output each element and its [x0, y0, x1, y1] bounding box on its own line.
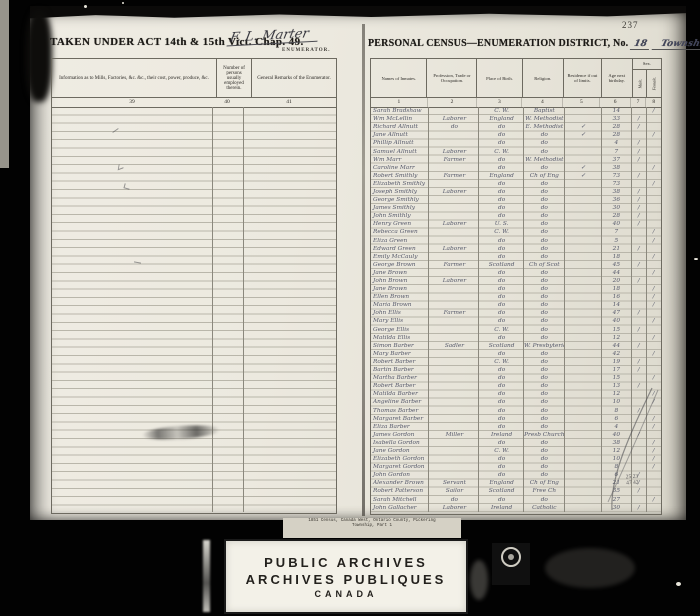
cell-age: 73: [601, 181, 631, 187]
cell-age: 14: [601, 302, 631, 308]
cell-rel: Catholic: [524, 505, 565, 511]
cell-rel: Ch of Scot: [524, 262, 565, 268]
cell-name: Wm Marr: [371, 157, 430, 163]
cell-rel: do: [524, 221, 565, 227]
col-number-8: 8: [646, 98, 661, 107]
cell-m: /: [631, 140, 646, 146]
cell-birth: do: [479, 165, 524, 171]
cell-rel: do: [524, 213, 565, 219]
cell-m: /: [631, 310, 646, 316]
pencil-total-line: 47 42: [626, 480, 639, 487]
census-row: Jane Browndodo44/: [371, 269, 661, 277]
cell-rel: do: [524, 367, 565, 373]
cell-name: Alexander Brown: [371, 480, 430, 486]
cell-m: /: [631, 278, 646, 284]
cell-age: 18: [601, 254, 631, 260]
ruled-lines: [52, 107, 336, 512]
census-row: Edward GreenLaborerdodo21/: [371, 245, 661, 253]
census-row: Simon BarberSadlerScotlandW. Presbyteria…: [371, 342, 661, 350]
col-number-2: 2: [428, 98, 478, 107]
census-row: Richard AllnuttdodoE. Methodist✓28/: [371, 123, 661, 131]
cell-rel: do: [524, 181, 565, 187]
cell-rel: do: [524, 383, 565, 389]
col-sex-header: Sex. Male. Female.: [633, 59, 661, 97]
cell-birth: C. W.: [479, 149, 524, 155]
census-row: Elizabeth Smithlydodo73/: [371, 180, 661, 188]
page-number-stamp: 237: [622, 20, 639, 30]
left-table-header: Information as to Mills, Factories, &c. …: [52, 59, 336, 98]
census-row: Jane Browndodo18/: [371, 285, 661, 293]
cell-name: Joseph Smithly: [371, 189, 430, 195]
township-handwritten: Township: [651, 39, 700, 50]
cell-age: 47: [601, 310, 631, 316]
cell-rel: do: [524, 448, 565, 454]
cell-age: 38: [601, 189, 631, 195]
cell-occ: Miller: [430, 432, 480, 438]
cell-age: 14: [601, 108, 631, 114]
cell-name: Rebecca Green: [371, 229, 430, 235]
cell-rel: do: [524, 286, 565, 292]
pencil-totals: 25 23 47 42: [626, 474, 639, 487]
census-row: Mary Ellisdodo40/: [371, 317, 661, 325]
census-row: Jane Allnuttdodo✓28/: [371, 131, 661, 139]
cell-birth: do: [479, 497, 524, 503]
enumerator-signature: F. L. Marter: [226, 26, 320, 47]
cell-birth: do: [479, 132, 524, 138]
cell-f: /: [646, 238, 661, 244]
cell-name: Robert Patterson: [371, 488, 430, 494]
census-row: George BrownFarmerScotlandCh of Scot45/: [371, 261, 661, 269]
cell-f: /: [646, 318, 661, 324]
cell-rel: W. Methodist: [524, 116, 565, 122]
cell-birth: do: [479, 246, 524, 252]
cell-occ: Laborer: [430, 246, 480, 252]
cell-rel: do: [524, 416, 565, 422]
cell-birth: do: [479, 310, 524, 316]
cell-occ: do: [430, 124, 480, 130]
film-speck: [122, 2, 124, 4]
cell-age: 40: [601, 318, 631, 324]
cell-f: /: [646, 229, 661, 235]
cell-name: Sarah Bradshaw: [371, 108, 430, 114]
cell-birth: England: [479, 116, 524, 122]
cell-age: 7: [601, 229, 631, 235]
cell-age: 18: [601, 286, 631, 292]
census-sheet: TAKEN UNDER ACT 14th & 15th Vict. Chap. …: [30, 6, 686, 520]
cell-m: /: [631, 197, 646, 203]
cell-res: ✓: [565, 173, 602, 179]
cell-occ: Farmer: [430, 262, 480, 268]
cell-rel: Presb Church: [524, 432, 565, 438]
cell-birth: do: [479, 456, 524, 462]
male-label: Male.: [637, 79, 642, 89]
seal-ring-icon: [501, 547, 521, 567]
cell-m: /: [631, 189, 646, 195]
census-row: George EllisC. W.do15/: [371, 326, 661, 334]
film-speck: [694, 258, 698, 260]
cell-birth: do: [479, 351, 524, 357]
cell-birth: C. W.: [479, 229, 524, 235]
cell-birth: do: [479, 270, 524, 276]
cell-name: Maria Brown: [371, 302, 430, 308]
cell-rel: do: [524, 335, 565, 341]
cell-age: 4: [601, 140, 631, 146]
cell-rel: Ch of Eng: [524, 480, 565, 486]
cell-birth: do: [479, 286, 524, 292]
cell-occ: Laborer: [430, 505, 480, 511]
microfilm-caption: 1851 Census, Canada West, Ontario County…: [283, 518, 461, 538]
table-divider: [564, 107, 565, 512]
cell-age: 21: [601, 246, 631, 252]
cell-rel: do: [524, 270, 565, 276]
col-number-6: 6: [600, 98, 630, 107]
cell-rel: do: [524, 246, 565, 252]
cell-name: John Gallacher: [371, 505, 430, 511]
cell-name: Ellen Brown: [371, 294, 430, 300]
cell-birth: do: [479, 464, 524, 470]
cell-age: 17: [601, 367, 631, 373]
cell-name: Bartin Barber: [371, 367, 430, 373]
cell-age: 73: [601, 173, 631, 179]
cell-f: /: [646, 254, 661, 260]
cell-rel: do: [524, 189, 565, 195]
cell-name: Matilda Ellis: [371, 335, 430, 341]
cell-f: /: [646, 375, 661, 381]
cell-name: Edward Green: [371, 246, 430, 252]
cell-birth: do: [479, 399, 524, 405]
census-row: John Smithlydodo28/: [371, 212, 661, 220]
cell-m: /: [631, 343, 646, 349]
cell-occ: Servant: [430, 480, 480, 486]
cell-name: Phillip Allnutt: [371, 140, 430, 146]
cell-name: John Gordon: [371, 472, 430, 478]
cell-birth: do: [479, 181, 524, 187]
archives-line-fr: ARCHIVES PUBLIQUES: [246, 572, 447, 587]
cell-birth: do: [479, 440, 524, 446]
cell-birth: Ireland: [479, 505, 524, 511]
cell-birth: do: [479, 124, 524, 130]
film-noise: [545, 548, 635, 588]
cell-name: Isabella Gordon: [371, 440, 430, 446]
cell-rel: do: [524, 254, 565, 260]
cell-age: 44: [601, 270, 631, 276]
cell-age: 44: [601, 343, 631, 349]
cell-occ: Farmer: [430, 157, 480, 163]
film-top-tear: [30, 6, 686, 19]
cell-birth: do: [479, 318, 524, 324]
col-remarks-header: General Remarks of the Enumerator.: [252, 59, 336, 97]
col-number-41: 41: [242, 98, 336, 107]
cell-rel: E. Methodist: [524, 124, 565, 130]
cell-birth: do: [479, 375, 524, 381]
cell-birth: C. W.: [479, 108, 524, 114]
census-row: John EllisFarmerdodo47/: [371, 309, 661, 317]
enumerator-label: ENUMERATOR.: [282, 48, 330, 53]
cell-age: 45: [601, 262, 631, 268]
cell-rel: do: [524, 294, 565, 300]
census-row: George Smithlydodo36/: [371, 196, 661, 204]
table-divider: [243, 107, 244, 512]
cell-birth: C. W.: [479, 448, 524, 454]
cell-rel: do: [524, 197, 565, 203]
col-names-header: Names of Inmates.: [371, 59, 427, 97]
cell-occ: Sailor: [430, 488, 480, 494]
pencil-curve: [602, 384, 664, 516]
cell-birth: do: [479, 238, 524, 244]
cell-name: Robert Barber: [371, 359, 430, 365]
cell-m: /: [631, 116, 646, 122]
cell-name: Angeline Barber: [371, 399, 430, 405]
col-profession-header: Profession, Trade or Occupation.: [427, 59, 477, 97]
census-row: Mary Barberdodo42/: [371, 350, 661, 358]
cell-rel: Ch of Eng: [524, 173, 565, 179]
cell-birth: do: [479, 278, 524, 284]
cell-m: /: [631, 221, 646, 227]
cell-name: Thomas Barber: [371, 408, 430, 414]
cell-age: 42: [601, 351, 631, 357]
census-row: Emily McCaulydodo18/: [371, 253, 661, 261]
cell-rel: do: [524, 140, 565, 146]
cell-birth: England: [479, 173, 524, 179]
cell-name: Richard Allnutt: [371, 124, 430, 130]
cell-age: 28: [601, 124, 631, 130]
cell-m: /: [631, 367, 646, 373]
cell-rel: W. Presbyterian: [524, 343, 565, 349]
cell-name: Martha Barber: [371, 375, 430, 381]
cell-occ: Laborer: [430, 278, 480, 284]
caption-line-2: Township, Part 1: [284, 523, 461, 528]
cell-f: /: [646, 302, 661, 308]
cell-rel: do: [524, 278, 565, 284]
mills-remarks-table: Information as to Mills, Factories, &c. …: [51, 58, 337, 514]
cell-rel: do: [524, 456, 565, 462]
cell-rel: do: [524, 472, 565, 478]
census-row: Phillip Allnuttdodo4/: [371, 139, 661, 147]
cell-rel: do: [524, 238, 565, 244]
cell-name: Emily McCauly: [371, 254, 430, 260]
census-row: Matilda Ellisdodo12/: [371, 334, 661, 342]
cell-f: /: [646, 335, 661, 341]
right-table-header: Names of Inmates. Profession, Trade or O…: [371, 59, 661, 98]
cell-birth: do: [479, 205, 524, 211]
census-row: Henry GreenLaborerU. S.do40/: [371, 220, 661, 228]
cell-name: Caroline Marr: [371, 165, 430, 171]
film-speck: [84, 5, 87, 8]
cell-name: Sarah Mitchell: [371, 497, 430, 503]
cell-name: Eliza Green: [371, 238, 430, 244]
cell-age: 40: [601, 221, 631, 227]
cell-name: Mary Barber: [371, 351, 430, 357]
cell-f: /: [646, 132, 661, 138]
col-number-4: 4: [522, 98, 563, 107]
col-number-7: 7: [631, 98, 647, 107]
col-number-39: 39: [52, 98, 212, 107]
cell-rel: do: [524, 132, 565, 138]
film-scratch: [203, 540, 210, 612]
cell-name: James Gordon: [371, 432, 430, 438]
cell-name: Eliza Barber: [371, 424, 430, 430]
census-row: Martha Barberdodo15/: [371, 374, 661, 382]
cell-birth: do: [479, 302, 524, 308]
microfilm-frame: TAKEN UNDER ACT 14th & 15th Vict. Chap. …: [0, 0, 700, 616]
census-row: Robert BarberC. W.do19/: [371, 358, 661, 366]
col-age-header: Age next birthday.: [602, 59, 633, 97]
census-row: Joseph SmithlyLaborerdodo38/: [371, 188, 661, 196]
cell-name: Robert Barber: [371, 383, 430, 389]
archives-line-en: PUBLIC ARCHIVES: [264, 555, 428, 570]
cell-name: George Brown: [371, 262, 430, 268]
col-residence-header: Residence if out of limits.: [564, 59, 602, 97]
table-divider: [523, 107, 524, 512]
cell-f: /: [646, 294, 661, 300]
cell-name: James Smithly: [371, 205, 430, 211]
cell-rel: do: [524, 399, 565, 405]
cell-name: Margaret Gordon: [371, 464, 430, 470]
census-row: Wm McLellinLaborerEnglandW. Methodist33/: [371, 115, 661, 123]
cell-rel: do: [524, 359, 565, 365]
cell-m: /: [631, 359, 646, 365]
cell-name: Jane Brown: [371, 286, 430, 292]
cell-age: 30: [601, 205, 631, 211]
cell-rel: do: [524, 302, 565, 308]
page-gutter: [362, 24, 365, 516]
col-religion-header: Religion.: [523, 59, 564, 97]
film-noise: [470, 560, 488, 600]
sex-header-label: Sex.: [633, 59, 661, 70]
cell-age: 38: [601, 165, 631, 171]
sex-female-header: Female.: [647, 70, 661, 97]
cell-occ: Farmer: [430, 310, 480, 316]
archives-stamp-card: PUBLIC ARCHIVES ARCHIVES PUBLIQUES CANAD…: [226, 541, 466, 612]
cell-occ: Sadler: [430, 343, 480, 349]
col-number-40: 40: [212, 98, 242, 107]
cell-birth: do: [479, 189, 524, 195]
cell-name: Wm McLellin: [371, 116, 430, 122]
census-row: Rebecca GreenC. W.do7/: [371, 228, 661, 236]
cell-age: 15: [601, 375, 631, 381]
cell-name: John Brown: [371, 278, 430, 284]
cell-occ: Farmer: [430, 173, 480, 179]
cell-age: 15: [601, 327, 631, 333]
film-edge-strip: [0, 0, 9, 168]
district-number-handwritten: 18: [630, 39, 651, 50]
cell-occ: do: [430, 497, 480, 503]
cell-age: 12: [601, 335, 631, 341]
cell-age: 16: [601, 294, 631, 300]
cell-birth: do: [479, 157, 524, 163]
col-number-5: 5: [563, 98, 600, 107]
cell-birth: do: [479, 254, 524, 260]
cell-name: Margaret Barber: [371, 416, 430, 422]
cell-birth: do: [479, 391, 524, 397]
cell-age: 28: [601, 213, 631, 219]
cell-birth: Scotland: [479, 262, 524, 268]
cell-birth: do: [479, 197, 524, 203]
cell-m: /: [631, 213, 646, 219]
col-number-3: 3: [477, 98, 522, 107]
cell-rel: do: [524, 351, 565, 357]
cell-m: /: [631, 262, 646, 268]
cell-age: 7: [601, 149, 631, 155]
female-label: Female.: [652, 77, 657, 91]
cell-name: George Ellis: [371, 327, 430, 333]
cell-birth: do: [479, 408, 524, 414]
cell-birth: do: [479, 416, 524, 422]
census-row: Eliza Greendodo5/: [371, 237, 661, 245]
table-divider: [212, 107, 213, 512]
cell-rel: do: [524, 375, 565, 381]
cell-rel: do: [524, 149, 565, 155]
cell-name: Simon Barber: [371, 343, 430, 349]
cell-name: Jane Gordon: [371, 448, 430, 454]
cell-f: /: [646, 108, 661, 114]
cell-birth: do: [479, 294, 524, 300]
cell-birth: Scotland: [479, 488, 524, 494]
cell-res: ✓: [565, 165, 602, 171]
cell-occ: Laborer: [430, 221, 480, 227]
cell-birth: do: [479, 424, 524, 430]
cell-res: ✓: [565, 124, 602, 130]
film-speck: [676, 582, 681, 586]
cell-name: Jane Brown: [371, 270, 430, 276]
cell-rel: do: [524, 424, 565, 430]
cell-birth: do: [479, 213, 524, 219]
census-row: Caroline Marrdodo✓38/: [371, 164, 661, 172]
cell-age: 5: [601, 238, 631, 244]
cell-name: Matilda Barber: [371, 391, 430, 397]
cell-age: 36: [601, 197, 631, 203]
cell-birth: do: [479, 140, 524, 146]
col-birthplace-header: Place of Birth.: [477, 59, 522, 97]
col-mills-header: Information as to Mills, Factories, &c. …: [52, 59, 217, 97]
census-row: John BrownLaborerdodo20/: [371, 277, 661, 285]
cell-name: John Ellis: [371, 310, 430, 316]
cell-rel: do: [524, 205, 565, 211]
cell-m: /: [631, 157, 646, 163]
cell-birth: do: [479, 335, 524, 341]
census-row: Robert SmithlyFarmerEnglandCh of Eng✓73/: [371, 172, 661, 180]
cell-birth: do: [479, 383, 524, 389]
census-row: James Smithlydodo30/: [371, 204, 661, 212]
cell-rel: do: [524, 497, 565, 503]
cell-birth: Scotland: [479, 343, 524, 349]
cell-m: /: [631, 149, 646, 155]
cell-name: Samuel Allnutt: [371, 149, 430, 155]
table-divider: [428, 107, 429, 512]
cell-name: Henry Green: [371, 221, 430, 227]
census-row: Sarah BradshawC. W.Baptist14/: [371, 107, 661, 115]
cell-rel: do: [524, 318, 565, 324]
cell-f: /: [646, 165, 661, 171]
census-row: Maria Browndodo14/: [371, 301, 661, 309]
cell-age: 33: [601, 116, 631, 122]
cell-rel: W. Methodist: [524, 157, 565, 163]
cell-rel: do: [524, 391, 565, 397]
cell-f: /: [646, 286, 661, 292]
cell-m: /: [631, 205, 646, 211]
cell-f: /: [646, 270, 661, 276]
cell-name: Robert Smithly: [371, 173, 430, 179]
cell-name: Elizabeth Smithly: [371, 181, 430, 187]
cell-name: Elizabeth Gordon: [371, 456, 430, 462]
cell-m: /: [631, 327, 646, 333]
cell-occ: Laborer: [430, 149, 480, 155]
right-page-title: PERSONAL CENSUS—ENUMERATION DISTRICT, No…: [368, 38, 700, 50]
archives-line-canada: CANADA: [315, 589, 378, 599]
cell-rel: do: [524, 327, 565, 333]
col-number-1: 1: [371, 98, 428, 107]
census-row: Wm MarrFarmerdoW. Methodist37/: [371, 156, 661, 164]
